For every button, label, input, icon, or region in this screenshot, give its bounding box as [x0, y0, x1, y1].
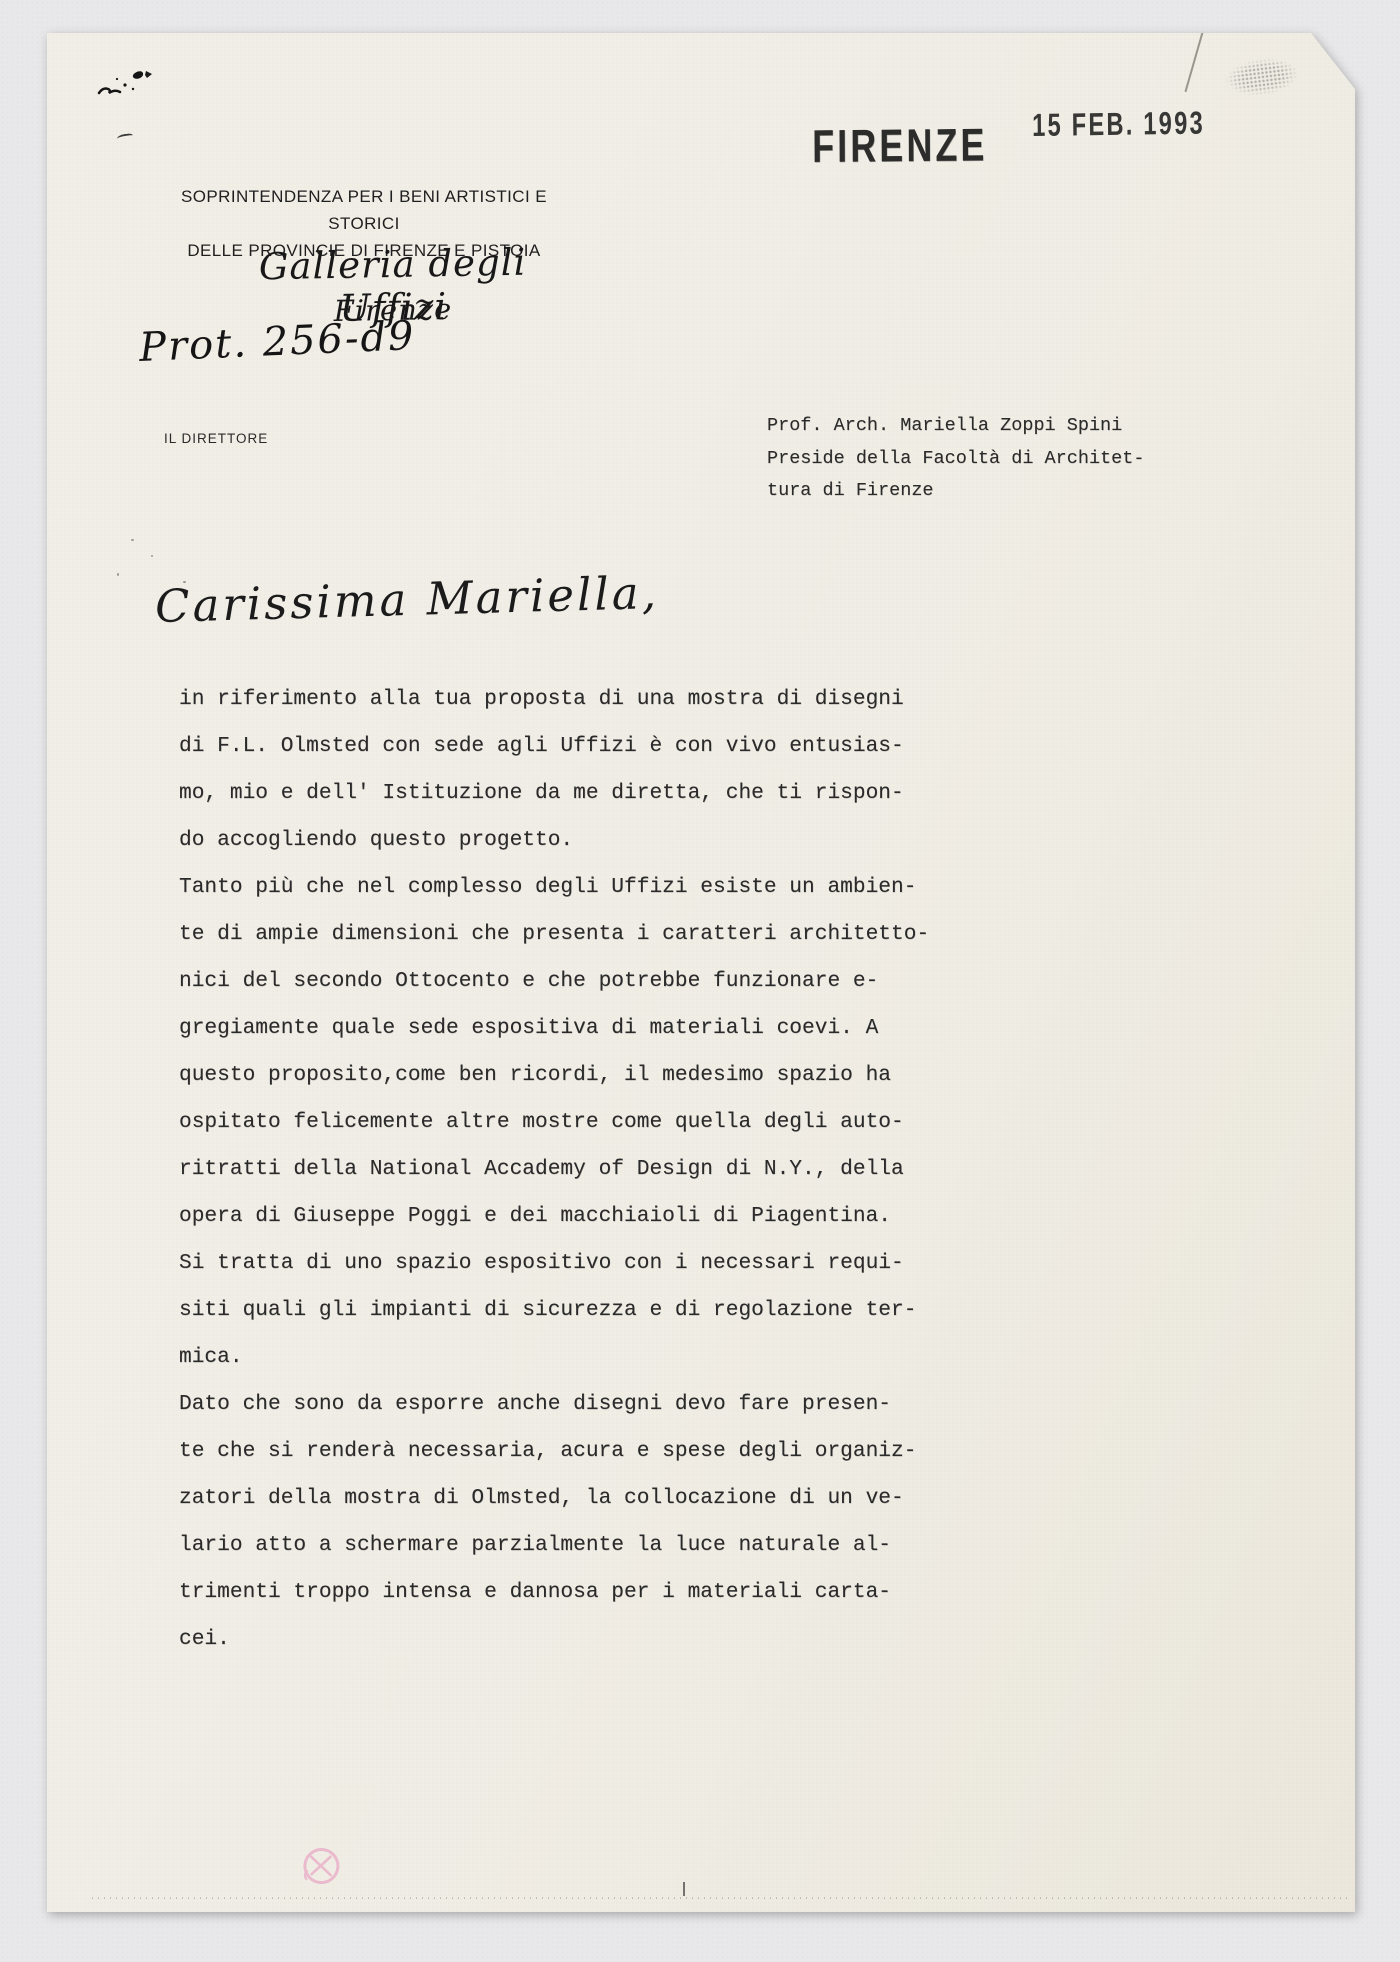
firenze-stamp: FIRENZE — [812, 117, 988, 173]
letterhead-org-line1: SOPRINTENDENZA PER I BENI ARTISTICI E ST… — [143, 183, 585, 237]
pink-registry-stamp-icon — [296, 1842, 346, 1894]
bottom-edge-speckle — [92, 1897, 1347, 1899]
scan-tick-mark — [683, 1882, 685, 1896]
corner-crease-line — [1184, 32, 1203, 92]
letter-body-text: in riferimento alla tua proposta di una … — [179, 676, 929, 1663]
letter-page: FIRENZE 15 FEB. 1993 SOPRINTENDENZA PER … — [47, 33, 1355, 1912]
ink-blot-icon — [89, 67, 165, 115]
ink-mark-icon — [117, 133, 134, 142]
recipient-address-block: Prof. Arch. Mariella Zoppi Spini Preside… — [767, 410, 1144, 508]
letter-page-wrapper: FIRENZE 15 FEB. 1993 SOPRINTENDENZA PER … — [47, 33, 1355, 1912]
scan-speck — [131, 539, 134, 541]
handwritten-protocol-note: Prot. 256-d9 — [138, 313, 416, 371]
corner-smudge-icon — [1223, 55, 1301, 100]
handwritten-salutation: Carissima Mariella, — [154, 566, 659, 633]
sender-role-label: IL DIRETTORE — [164, 431, 268, 446]
scan-speck — [117, 573, 119, 576]
scan-speck — [151, 555, 153, 557]
date-received-stamp: 15 FEB. 1993 — [1032, 105, 1205, 144]
scan-background: { "stamps": { "city": "FIRENZE", "date":… — [0, 0, 1400, 1962]
scan-speck — [183, 581, 186, 583]
